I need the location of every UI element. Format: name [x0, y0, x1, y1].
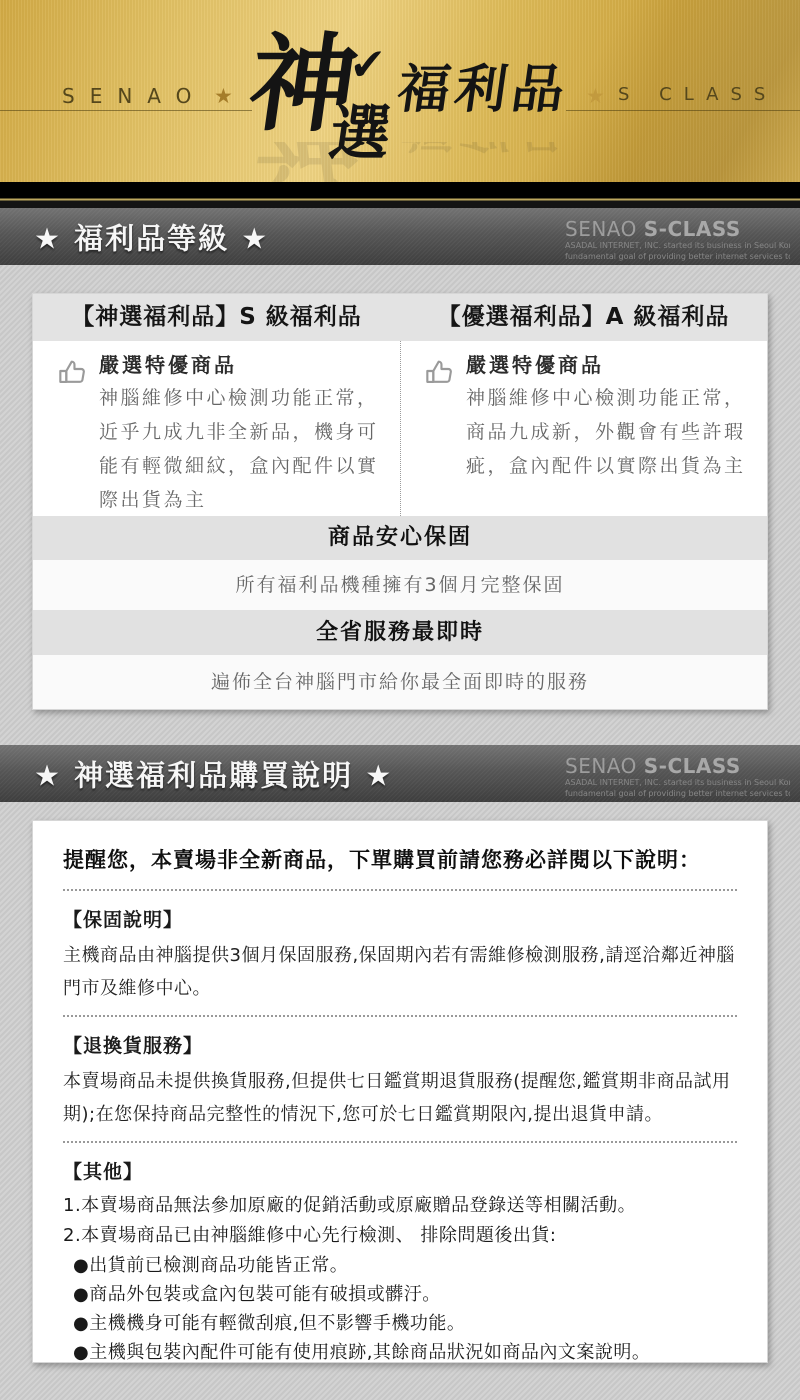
grade-col-s-header: 【神選福利品】S 級福利品 — [33, 294, 400, 341]
grade-col-a: 【優選福利品】A 級福利品 嚴選特優商品 神腦維修中心檢測功能正常，商品九成新，… — [400, 294, 767, 516]
other-bullet-2: ●商品外包裝或盒內包裝可能有破損或髒汙。 — [63, 1280, 737, 1309]
other-item-1: 1.本賣場商品無法參加原廠的促銷活動或原廠贈品登錄送等相關活動。 — [63, 1191, 737, 1221]
gold-banner: SENAO ★ ★ S CLASS 神 ✔ 選 福利品 神 選 福利品 — [0, 0, 800, 182]
grade-columns: 【神選福利品】S 級福利品 嚴選特優商品 神腦維修中心檢測功能正常，近乎九成九非… — [33, 294, 767, 516]
warranty-band: 商品安心保固 — [33, 516, 767, 560]
star-icon: ★ — [214, 84, 233, 108]
senao-sclass-badge: SENAO S-CLASS ASADAL INTERNET, INC. star… — [565, 218, 790, 262]
section-header-grade: ★ 福利品等級 ★ SENAO S-CLASS ASADAL INTERNET,… — [0, 208, 800, 265]
logo-text-reflect: 福利品 — [394, 142, 570, 152]
notice-intro: 提醒您，本賣場非全新商品，下單購買前請您務必詳閱以下說明： — [63, 847, 737, 873]
badge-title: SENAO S-CLASS — [565, 218, 790, 240]
warranty-heading: 【保固說明】 — [63, 907, 737, 933]
section-title-notice: ★ 神選福利品購買說明 ★ — [34, 753, 393, 794]
badge-name-bold: S-CLASS — [644, 217, 741, 241]
black-strip — [0, 182, 800, 208]
grade-description: 神腦維修中心檢測功能正常，近乎九成九非全新品，機身可能有輕微細紋，盒內配件以實際… — [99, 381, 382, 517]
other-bullet-3: ●主機機身可能有輕微刮痕,但不影響手機功能。 — [63, 1309, 737, 1338]
banner-divider-line-left — [0, 110, 252, 111]
badge-tagline-2: fundamental goal of providing better int… — [565, 252, 790, 262]
badge-tagline-1: ASADAL INTERNET, INC. started its busine… — [565, 778, 790, 788]
other-bullet-4: ●主機與包裝內配件可能有使用痕跡,其餘商品狀況如商品內文案說明。 — [63, 1338, 737, 1367]
grade-subtitle: 嚴選特優商品 — [466, 353, 749, 377]
senao-sclass-badge: SENAO S-CLASS ASADAL INTERNET, INC. star… — [565, 755, 790, 799]
banner-divider-line-right — [566, 110, 800, 111]
page: SENAO ★ ★ S CLASS 神 ✔ 選 福利品 神 選 福利品 ★ 福利… — [0, 0, 800, 1400]
grade-description: 神腦維修中心檢測功能正常，商品九成新，外觀會有些許瑕疵，盒內配件以實際出貨為主 — [466, 381, 749, 483]
dotted-divider — [63, 889, 737, 891]
dotted-divider — [63, 1141, 737, 1143]
badge-title: SENAO S-CLASS — [565, 755, 790, 777]
check-icon: ✔ — [349, 42, 386, 87]
star-icon: ★ — [586, 84, 605, 108]
dotted-divider — [63, 1015, 737, 1017]
warranty-body: 主機商品由神腦提供3個月保固服務,保固期內若有需維修檢測服務,請逕洽鄰近神腦門市… — [63, 939, 737, 1005]
badge-tagline-2: fundamental goal of providing better int… — [565, 789, 790, 799]
logo-reflection: 神 選 福利品 — [248, 142, 570, 182]
return-heading: 【退換貨服務】 — [63, 1033, 737, 1059]
section-header-notice: ★ 神選福利品購買說明 ★ SENAO S-CLASS ASADAL INTER… — [0, 745, 800, 802]
brand-left-label: SENAO — [62, 84, 206, 108]
warranty-row: 所有福利品機種擁有3個月完整保固 — [33, 560, 767, 610]
badge-name-bold: S-CLASS — [644, 754, 741, 778]
logo-text: 福利品 — [394, 64, 572, 116]
section-title-grade: ★ 福利品等級 ★ — [34, 216, 269, 257]
grade-panel: 【神選福利品】S 級福利品 嚴選特優商品 神腦維修中心檢測功能正常，近乎九成九非… — [32, 293, 768, 710]
grade-col-s: 【神選福利品】S 級福利品 嚴選特優商品 神腦維修中心檢測功能正常，近乎九成九非… — [33, 294, 400, 516]
grade-col-a-body: 嚴選特優商品 神腦維修中心檢測功能正常，商品九成新，外觀會有些許瑕疵，盒內配件以… — [400, 341, 767, 483]
other-bullet-1: ●出貨前已檢測商品功能皆正常。 — [63, 1251, 737, 1280]
brand-right-label: S CLASS — [618, 84, 777, 105]
badge-tagline-1: ASADAL INTERNET, INC. started its busine… — [565, 241, 790, 251]
thumbs-up-icon — [424, 357, 456, 389]
badge-name: SENAO — [565, 217, 644, 241]
grade-col-s-body: 嚴選特優商品 神腦維修中心檢測功能正常，近乎九成九非全新品，機身可能有輕微細紋，… — [33, 341, 400, 517]
notice-panel: 提醒您，本賣場非全新商品，下單購買前請您務必詳閱以下說明： 【保固說明】 主機商… — [32, 820, 768, 1363]
service-band: 全省服務最即時 — [33, 610, 767, 655]
thumbs-up-icon — [57, 357, 89, 389]
badge-name: SENAO — [565, 754, 644, 778]
logo-char-main-reflect: 神 — [248, 142, 363, 182]
service-row: 遍佈全台神腦門市給你最全面即時的服務 — [33, 655, 767, 709]
other-item-2: 2.本賣場商品已由神腦維修中心先行檢測、 排除問題後出貨: — [63, 1221, 737, 1251]
grade-subtitle: 嚴選特優商品 — [99, 353, 382, 377]
other-heading: 【其他】 — [63, 1159, 737, 1185]
return-body: 本賣場商品未提供換貨服務,但提供七日鑑賞期退貨服務(提醒您,鑑賞期非商品試用期)… — [63, 1065, 737, 1131]
grade-col-a-header: 【優選福利品】A 級福利品 — [400, 294, 767, 341]
